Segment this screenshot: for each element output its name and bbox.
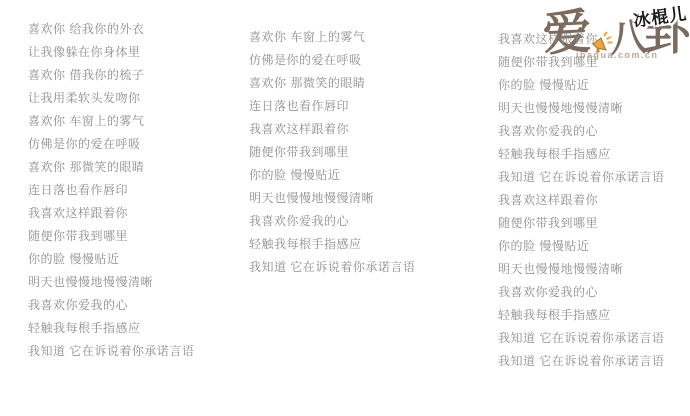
lyric-line: 随便你带我到哪里 [249, 141, 415, 164]
lyric-line: 我知道 它在诉说着你承诺言语 [498, 350, 664, 373]
lyric-line: 我喜欢你爱我的心 [498, 120, 664, 143]
lyric-line: 喜欢你 那微笑的眼睛 [28, 156, 194, 179]
lyric-line: 随便你带我到哪里 [28, 225, 194, 248]
lyric-line: 我知道 它在诉说着你承诺言语 [28, 340, 194, 363]
lyric-line: 明天也慢慢地慢慢清晰 [249, 187, 415, 210]
lyric-line: 明天也慢慢地慢慢清晰 [28, 271, 194, 294]
lyric-line: 喜欢你 那微笑的眼睛 [249, 72, 415, 95]
lyric-line: 我知道 它在诉说着你承诺言语 [498, 327, 664, 350]
lyric-line: 让我用柔软头发吻你 [28, 87, 194, 110]
lyric-line: 你的脸 慢慢贴近 [498, 74, 664, 97]
lyric-line: 我知道 它在诉说着你承诺言语 [249, 256, 415, 279]
lyric-line: 你的脸 慢慢贴近 [498, 235, 664, 258]
lyric-line: 明天也慢慢地慢慢清晰 [498, 97, 664, 120]
lyric-line: 仿佛是你的爱在呼吸 [249, 49, 415, 72]
lyric-line: 我喜欢这样跟着你 [28, 202, 194, 225]
lyric-line: 我喜欢你爱我的心 [28, 294, 194, 317]
lyric-line: 我喜欢这样跟着你 [498, 28, 664, 51]
lyric-line: 我喜欢你爱我的心 [498, 281, 664, 304]
lyric-line: 喜欢你 给我你的外衣 [28, 18, 194, 41]
lyric-line: 喜欢你 车窗上的雾气 [249, 26, 415, 49]
lyric-line: 仿佛是你的爱在呼吸 [28, 133, 194, 156]
lyric-line: 轻触我每根手指感应 [498, 304, 664, 327]
lyric-line: 你的脸 慢慢贴近 [28, 248, 194, 271]
lyric-line: 连日落也看作唇印 [249, 95, 415, 118]
lyric-line: 喜欢你 借我你的梳子 [28, 64, 194, 87]
lyrics-column-3: 我喜欢这样跟着你随便你带我到哪里你的脸 慢慢贴近明天也慢慢地慢慢清晰我喜欢你爱我… [498, 28, 664, 373]
lyric-line: 轻触我每根手指感应 [249, 233, 415, 256]
lyric-line: 我喜欢这样跟着你 [249, 118, 415, 141]
lyrics-column-1: 喜欢你 给我你的外衣让我像躲在你身体里喜欢你 借我你的梳子让我用柔软头发吻你喜欢… [28, 18, 194, 363]
lyric-line: 我喜欢这样跟着你 [498, 189, 664, 212]
lyric-line: 随便你带我到哪里 [498, 51, 664, 74]
lyric-line: 明天也慢慢地慢慢清晰 [498, 258, 664, 281]
lyric-line: 轻触我每根手指感应 [498, 143, 664, 166]
lyric-line: 连日落也看作唇印 [28, 179, 194, 202]
lyrics-column-2: 喜欢你 车窗上的雾气仿佛是你的爱在呼吸喜欢你 那微笑的眼睛连日落也看作唇印我喜欢… [249, 26, 415, 279]
lyric-line: 轻触我每根手指感应 [28, 317, 194, 340]
lyrics-page: 爱 八 卦 冰棍儿 ibagua.com.cn 喜欢你 给我你的外衣让我像躲在你… [0, 0, 690, 416]
lyric-line: 随便你带我到哪里 [498, 212, 664, 235]
lyric-line: 我喜欢你爱我的心 [249, 210, 415, 233]
lyric-line: 你的脸 慢慢贴近 [249, 164, 415, 187]
lyric-line: 让我像躲在你身体里 [28, 41, 194, 64]
lyric-line: 我知道 它在诉说着你承诺言语 [498, 166, 664, 189]
lyric-line: 喜欢你 车窗上的雾气 [28, 110, 194, 133]
